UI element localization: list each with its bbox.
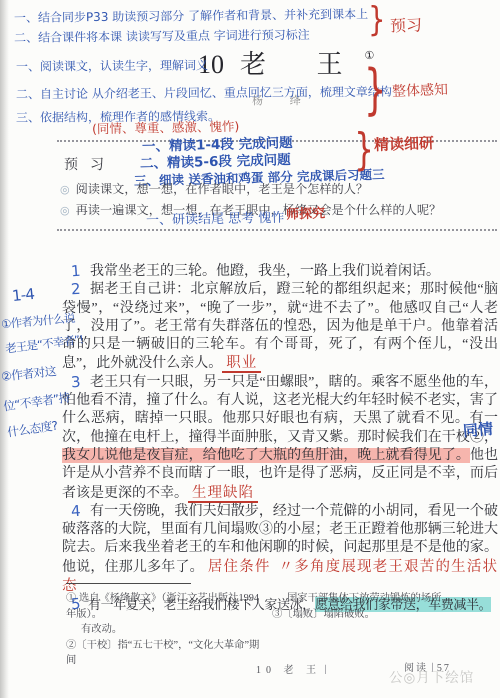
lesson-title: 10老 王①: [198, 44, 374, 81]
annotated-text-segment: 居住条件: [204, 559, 275, 575]
paragraph-3: 3老王只有一只眼，另一只是“田螺眼”，瞎的。乘客不愿坐他的车，怕他看不清，撞了什…: [62, 374, 498, 503]
margin-note-q2-line3: 什么态度?: [6, 417, 58, 441]
lesson-title-text: 老 王: [240, 50, 365, 79]
paragraph-number: 3: [70, 372, 81, 391]
margin-note-sympathy: 同情: [462, 418, 494, 442]
footnotes-right-column: 国家干部集体下放劳动锻炼的场所。 ③〔塌败〕塌陷破败。: [272, 591, 487, 622]
preview-question-1: ◎阅读课文，想一想，在作者眼中，老王是个怎样的人？: [60, 180, 368, 197]
footnote-rule: [66, 583, 191, 584]
brace-icon: }: [354, 124, 374, 175]
margin-note-range: 1-4: [11, 285, 35, 305]
footer-lesson-title: 10 老 王∣: [256, 661, 330, 676]
stage-label-preview-handwritten: 预习: [390, 12, 423, 36]
bullet-circle-icon: ◎: [60, 184, 70, 196]
paragraph-2: 2据老王自己讲：北京解放后，蹬三轮的都组织起来；那时候他“脑袋慢”，“没绕过来”…: [62, 281, 498, 373]
footer-lesson-text: 10 老 王: [256, 665, 321, 676]
preview-question-1-text: 阅读课文，想一想，在作者眼中，老王是个怎样的人？: [76, 182, 369, 196]
paragraph-1: 1我常坐老王的三轮。他蹬，我坐，一路上我们说着闲话。: [62, 263, 498, 281]
text-segment: 据老王自己讲：北京解放后，蹬三轮的都组织起来；那时候他“脑袋慢”，“没绕过来”，…: [62, 282, 498, 371]
stage-label-overall: 整体感知: [392, 79, 449, 101]
annotated-text-segment: 职业: [222, 355, 261, 373]
annotated-text-segment: 生理缺陷: [188, 485, 258, 503]
preview-section-label: 预习: [64, 154, 116, 174]
footer-divider-icon: ∣: [324, 665, 327, 676]
brace-icon: }: [364, 58, 386, 121]
brace-icon: }: [368, 0, 385, 40]
footnote-1: ① 选自《杨绛散文》（浙江文艺出版社1994年版）。: [66, 591, 268, 622]
stage-label-close-reading: 精读细研: [374, 132, 435, 155]
handwritten-preview-tasks: 一、结合同步P33 助读预习部分 了解作者和背景、并补充到课本上 二、结合课件将…: [14, 4, 369, 48]
paragraph-number: 2: [70, 280, 81, 299]
stage-label-explore: 师探究: [286, 202, 326, 222]
text-segment: 老王只有一只眼，另一只是“田螺眼”，瞎的。乘客不愿坐他的车，怕他看不清，撞了什么…: [62, 375, 498, 445]
lesson-body-text: 1我常坐老王的三轮。他蹬，我坐，一路上我们说着闲话。 2据老王自己讲：北京解放后…: [62, 263, 498, 615]
footnote-1-cont: 有改动。: [66, 622, 268, 638]
footnote-2: ②〔干校〕指“五七干校”，“文化大革命”期间: [66, 638, 268, 669]
textbook-page: 一、结合同步P33 助读预习部分 了解作者和背景、并补充到课本上 二、结合课件将…: [0, 0, 500, 698]
footnotes-left-column: ① 选自《杨绛散文》（浙江文艺出版社1994年版）。 有改动。 ②〔干校〕指“五…: [66, 591, 268, 669]
study-step-2: 二、自主讨论 从介绍老王、片段回忆、重点回忆三方面，梳理文章结构: [16, 83, 392, 103]
text-segment: 我常坐老王的三轮。他蹬，我坐，一路上我们说着闲话。: [90, 264, 440, 279]
paragraph-number: 1: [70, 262, 81, 281]
margin-note-q2-line2: 位“不幸者”持: [2, 388, 71, 414]
annotated-text-segment: 我女儿说他是夜盲症，给他吃了大瓶的鱼肝油，晚上就看得见了。: [62, 448, 470, 463]
dotted-divider-bottom: [57, 229, 497, 231]
bullet-circle-icon: ◎: [60, 205, 70, 217]
footnote-2-cont: 国家干部集体下放劳动锻炼的场所。: [272, 591, 487, 607]
paragraph-number: 4: [70, 502, 81, 521]
watermark: 公◎月下绘馆: [389, 666, 474, 686]
ending-study-note: 一、研读结尾 思考 愧怍: [146, 207, 285, 228]
preview-task-line-1: 一、结合同步P33 助读预习部分 了解作者和背景、并补充到课本上: [14, 4, 368, 28]
footnote-3: ③〔塌败〕塌陷破败。: [272, 607, 487, 623]
study-step-1: 一、阅读课文，认读生字，理解词义: [16, 56, 208, 74]
